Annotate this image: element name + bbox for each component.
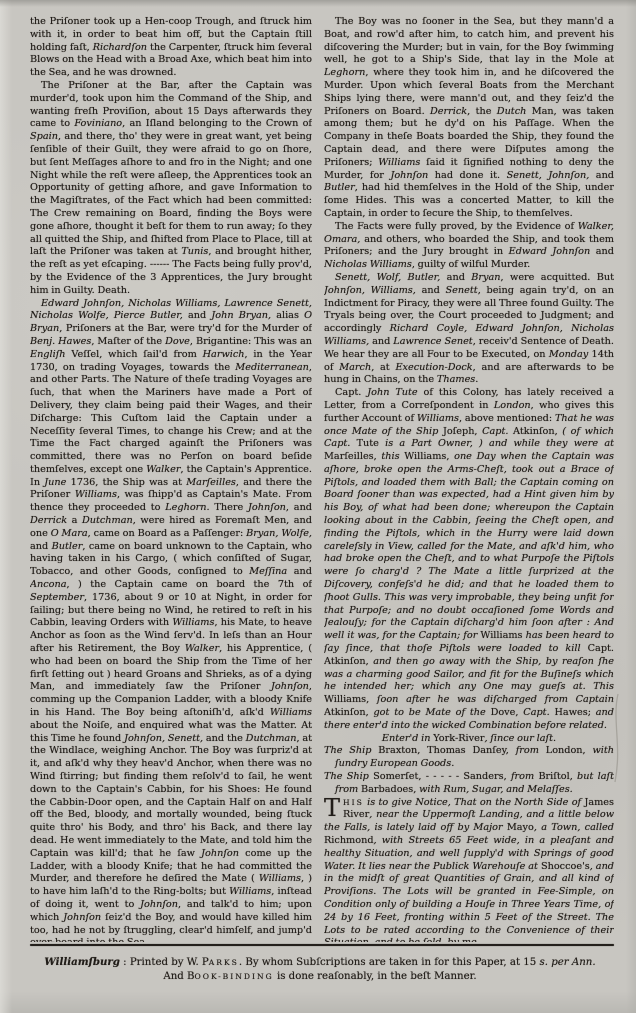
text-columns: the Priſoner took up a Hen-coop Trough, …	[30, 16, 614, 942]
para-sentence-of-death: Senett, Wolf, Butler, and Bryan, were ac…	[324, 272, 614, 387]
para-captain-murder-continuation: the Priſoner took up a Hen-coop Trough, …	[30, 16, 312, 80]
para-prisoner-at-bar: The Priſoner at the Bar, after the Capta…	[30, 80, 312, 298]
footer-divider-rule	[30, 944, 614, 946]
para-boy-rescue: The Boy was no ſooner in the Sea, but th…	[324, 16, 614, 221]
ship-entry-somerset: The Ship Somerſet, - - - - - Sanders, fr…	[324, 771, 614, 797]
notice-richmond-town: THIS is to give Notice, That on the Nort…	[324, 797, 614, 942]
printer-imprint: Williamſburg : Printed by W. PARKS. By w…	[18, 956, 622, 983]
ship-entry-braxton: The Ship Braxton, Thomas Danſey, from Lo…	[324, 745, 614, 771]
imprint-line-2: And BOOK-BINDING is done reaſonably, in …	[18, 970, 622, 984]
column-right: The Boy was no ſooner in the Sea, but th…	[324, 16, 614, 942]
column-left: the Priſoner took up a Hen-coop Trough, …	[30, 16, 312, 942]
heading-entered-york-river: Enter'd in York-River, ſince our laſt.	[324, 733, 614, 746]
newspaper-page: the Priſoner took up a Hen-coop Trough, …	[0, 0, 636, 1013]
para-capt-tute-letter: Capt. John Tute of this Colony, has late…	[324, 387, 614, 733]
para-dove-trial: Edward Johnſon, Nicholas Williams, Lawre…	[30, 298, 312, 942]
imprint-line-1: Williamſburg : Printed by W. PARKS. By w…	[18, 956, 622, 970]
para-facts-proved: The Facts were fully proved, by the Evid…	[324, 221, 614, 272]
